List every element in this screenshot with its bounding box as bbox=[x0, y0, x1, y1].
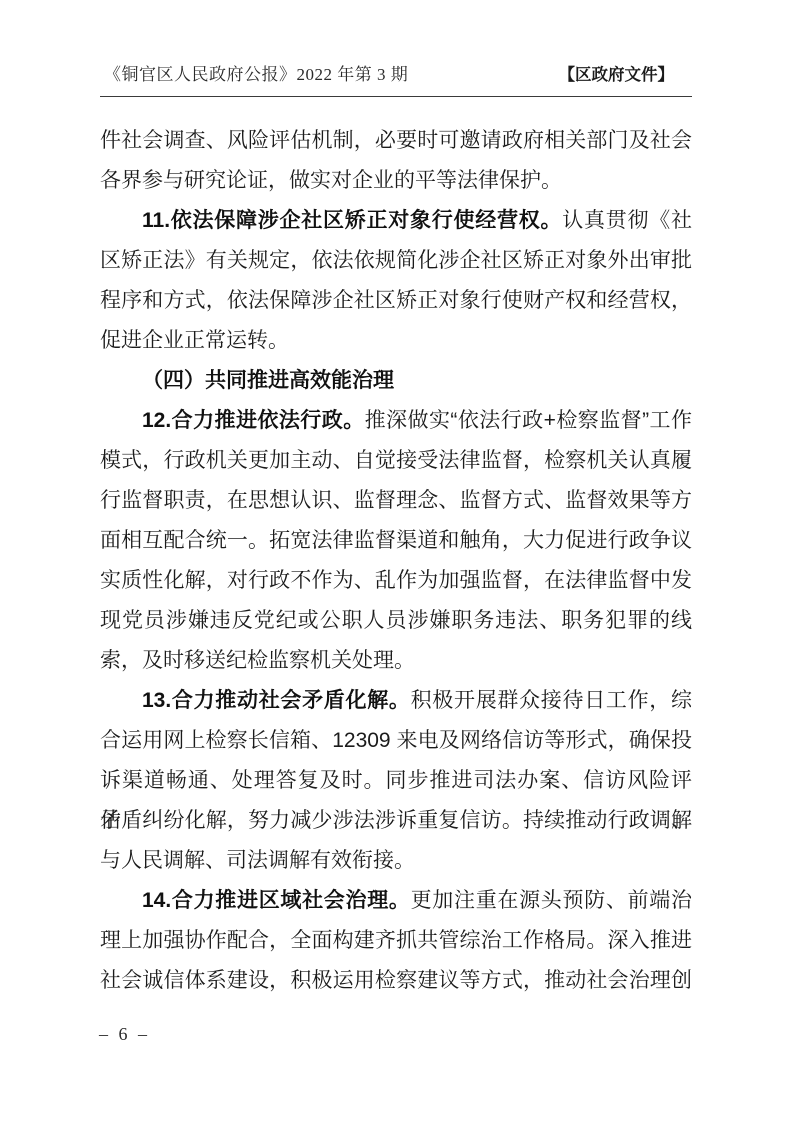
page-header: 《铜官区人民政府公报》2022 年第 3 期 【区政府文件】 bbox=[100, 60, 692, 85]
header-divider bbox=[100, 96, 692, 97]
text-line: 模式，行政机关更加主动、自觉接受法律监督，检察机关认真履 bbox=[100, 441, 692, 481]
doc-category-label: 【区政府文件】 bbox=[559, 61, 675, 85]
text-line: 与人民调解、司法调解有效衔接。 bbox=[100, 841, 692, 881]
paragraph-lead: （四）共同推进高效能治理 bbox=[142, 369, 394, 392]
paragraph-lead: 11.依法保障涉企社区矫正对象行使经营权。 bbox=[142, 209, 562, 232]
page-number: – 6 – bbox=[99, 1024, 150, 1045]
gazette-title: 《铜官区人民政府公报》2022 年第 3 期 bbox=[100, 60, 408, 85]
text-line: 件社会调查、风险评估机制，必要时可邀请政府相关部门及社会 bbox=[100, 121, 692, 161]
text-line: 实质性化解，对行政不作为、乱作为加强监督，在法律监督中发 bbox=[100, 561, 692, 601]
text-line: 行监督职责，在思想认识、监督理念、监督方式、监督效果等方 bbox=[100, 481, 692, 521]
text-line: 11.依法保障涉企社区矫正对象行使经营权。认真贯彻《社 bbox=[100, 201, 692, 241]
text-line: 社会诚信体系建设，积极运用检察建议等方式，推动社会治理创 bbox=[100, 961, 692, 1001]
paragraph-lead: 12.合力推进依法行政。 bbox=[142, 409, 365, 432]
text-line: 现党员涉嫌违反党纪或公职人员涉嫌职务违法、职务犯罪的线 bbox=[100, 601, 692, 641]
paragraph-lead: 14.合力推进区域社会治理。 bbox=[142, 889, 411, 912]
text-line: 面相互配合统一。拓宽法律监督渠道和触角，大力促进行政争议 bbox=[100, 521, 692, 561]
text-line: 13.合力推动社会矛盾化解。积极开展群众接待日工作，综 bbox=[100, 681, 692, 721]
paragraph-lead: 13.合力推动社会矛盾化解。 bbox=[142, 689, 411, 712]
document-body: 件社会调查、风险评估机制，必要时可邀请政府相关部门及社会各界参与研究论证，做实对… bbox=[100, 121, 692, 1001]
text-line: 程序和方式，依法保障涉企社区矫正对象行使财产权和经营权， bbox=[100, 281, 692, 321]
text-line: （四）共同推进高效能治理 bbox=[100, 361, 692, 401]
text-line: 区矫正法》有关规定，依法依规简化涉企社区矫正对象外出审批 bbox=[100, 241, 692, 281]
text-line: 诉渠道畅通、处理答复及时。同步推进司法办案、信访风险评估、 bbox=[100, 761, 692, 801]
text-line: 促进企业正常运转。 bbox=[100, 321, 692, 361]
text-line: 各界参与研究论证，做实对企业的平等法律保护。 bbox=[100, 161, 692, 201]
text-line: 14.合力推进区域社会治理。更加注重在源头预防、前端治 bbox=[100, 881, 692, 921]
text-line: 矛盾纠纷化解，努力减少涉法涉诉重复信访。持续推动行政调解 bbox=[100, 801, 692, 841]
text-line: 合运用网上检察长信箱、12309 来电及网络信访等形式，确保投 bbox=[100, 721, 692, 761]
gazette-page: 《铜官区人民政府公报》2022 年第 3 期 【区政府文件】 件社会调查、风险评… bbox=[0, 0, 793, 1122]
text-line: 理上加强协作配合，全面构建齐抓共管综治工作格局。深入推进 bbox=[100, 921, 692, 961]
text-line: 12.合力推进依法行政。推深做实“依法行政+检察监督”工作 bbox=[100, 401, 692, 441]
text-line: 索，及时移送纪检监察机关处理。 bbox=[100, 641, 692, 681]
